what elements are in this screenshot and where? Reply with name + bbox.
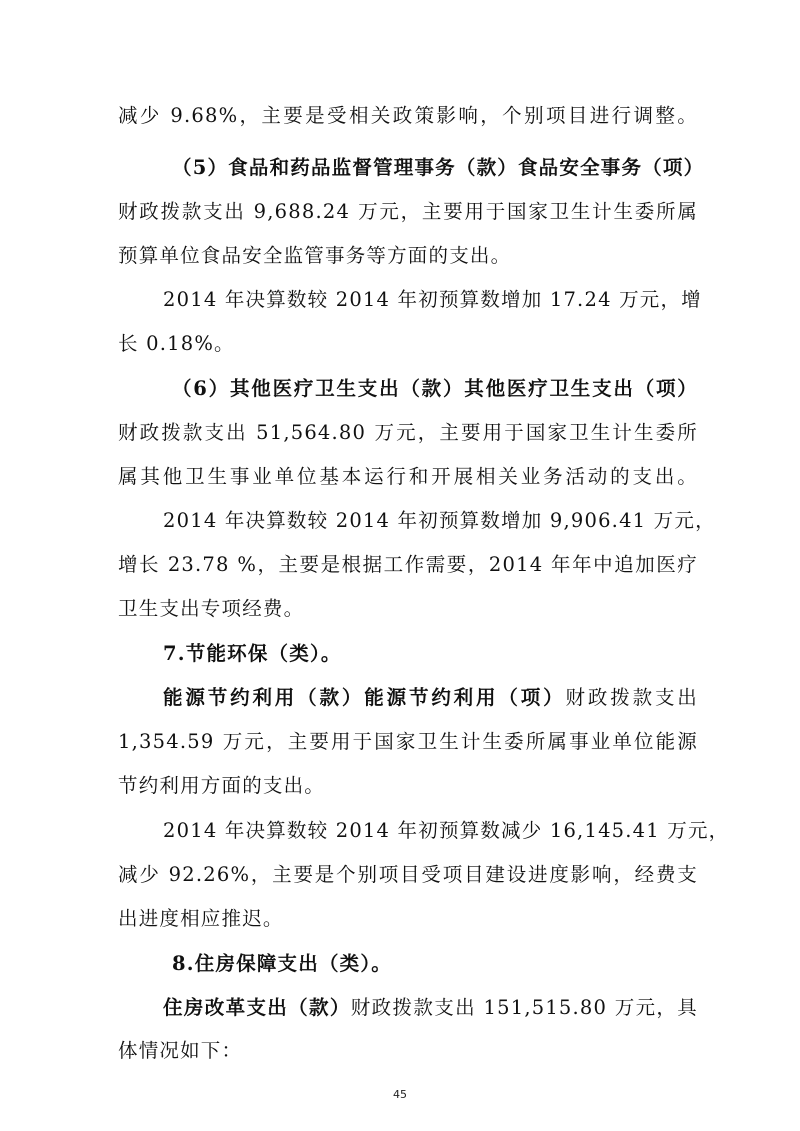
paragraph-line: 1,354.59 万元，主要用于国家卫生计生委所属事业单位能源 xyxy=(118,728,698,756)
paragraph-line: 能源节约利用（款）能源节约利用（项）财政拨款支出 xyxy=(163,684,698,712)
paragraph-line: 财政拨款支出 51,564.80 万元，主要用于国家卫生计生委所 xyxy=(118,419,698,447)
page-number: 45 xyxy=(0,1088,800,1101)
paragraph-line: 2014 年决算数较 2014 年初预算数增加 17.24 万元，增 xyxy=(163,286,698,314)
section-heading-energy: 7.节能环保（类）。 xyxy=(163,640,698,668)
section-heading-food-safety: （5）食品和药品监督管理事务（款）食品安全事务（项） xyxy=(172,154,698,182)
paragraph-line: 住房改革支出（款）财政拨款支出 151,515.80 万元，具 xyxy=(163,994,698,1022)
paragraph-line: 出进度相应推迟。 xyxy=(118,905,698,933)
section-heading-housing: 8.住房保障支出（类）。 xyxy=(172,950,698,978)
paragraph-line: 减少 9.68%，主要是受相关政策影响，个别项目进行调整。 xyxy=(118,102,698,130)
paragraph-line: 增长 23.78 %，主要是根据工作需要，2014 年年中追加医疗 xyxy=(118,551,698,579)
section-heading-other-medical: （6）其他医疗卫生支出（款）其他医疗卫生支出（项） xyxy=(172,375,698,403)
paragraph-line: 减少 92.26%，主要是个别项目受项目建设进度影响，经费支 xyxy=(118,861,698,889)
paragraph-line: 卫生支出专项经费。 xyxy=(118,595,698,623)
paragraph-line: 长 0.18%。 xyxy=(118,330,698,358)
inline-heading: 住房改革支出（款） xyxy=(163,996,351,1019)
paragraph-line: 节约利用方面的支出。 xyxy=(118,772,698,800)
paragraph-line: 属其他卫生事业单位基本运行和开展相关业务活动的支出。 xyxy=(118,463,698,491)
paragraph-line: 体情况如下： xyxy=(118,1037,698,1065)
document-page: 减少 9.68%，主要是受相关政策影响，个别项目进行调整。 （5）食品和药品监督… xyxy=(0,0,800,1131)
paragraph-line: 预算单位食品安全监管事务等方面的支出。 xyxy=(118,242,698,270)
paragraph-line: 2014 年决算数较 2014 年初预算数减少 16,145.41 万元， xyxy=(163,817,698,845)
inline-heading: 能源节约利用（款）能源节约利用（项） xyxy=(163,686,566,709)
paragraph-line: 财政拨款支出 9,688.24 万元，主要用于国家卫生计生委所属 xyxy=(118,198,698,226)
paragraph-line: 2014 年决算数较 2014 年初预算数增加 9,906.41 万元， xyxy=(163,507,698,535)
